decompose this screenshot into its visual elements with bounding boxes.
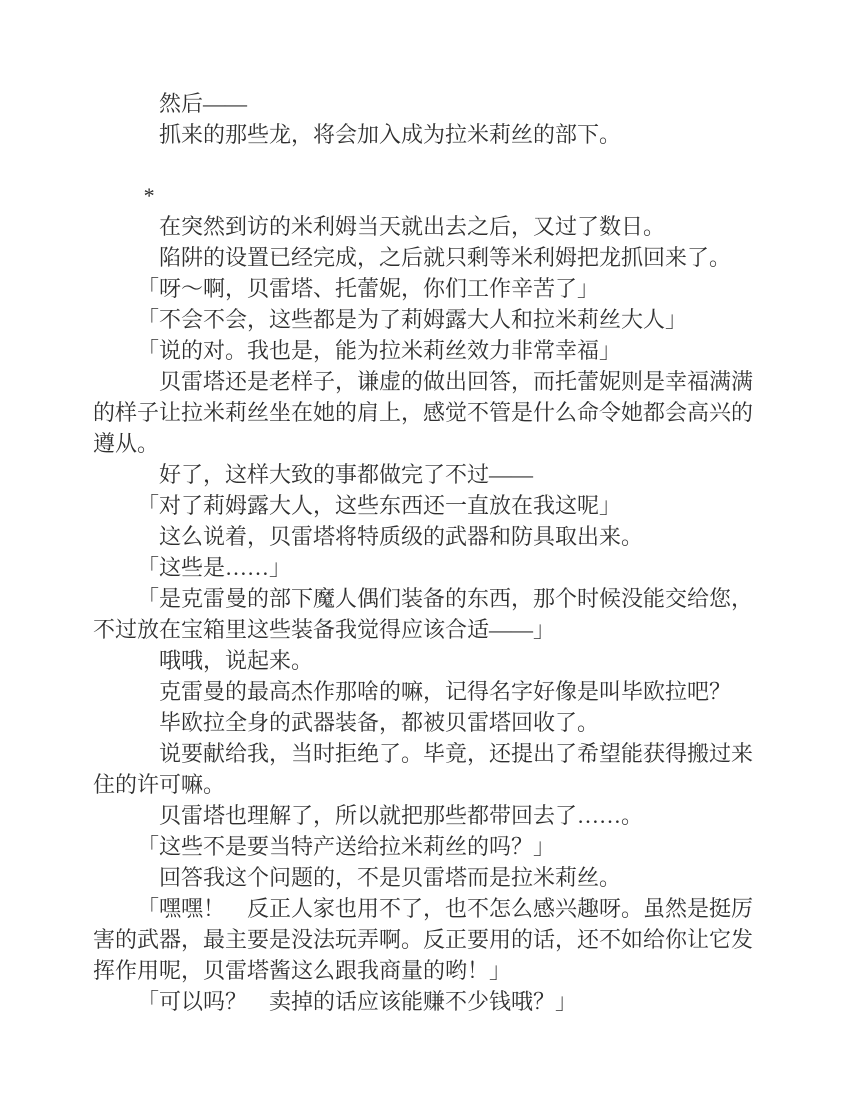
paragraph: 哦哦，说起来。 [93, 645, 755, 676]
paragraph: 好了，这样大致的事都做完了不过—— [93, 459, 755, 490]
dialogue-paragraph: 「嘿嘿！ 反正人家也用不了，也不怎么感兴趣呀。虽然是挺厉害的武器，最主要是没法玩… [93, 893, 755, 986]
dialogue-paragraph: 「是克雷曼的部下魔人偶们装备的东西，那个时候没能交给您，不过放在宝箱里这些装备我… [93, 583, 755, 645]
dialogue-paragraph: 「不会不会，这些都是为了莉姆露大人和拉米莉丝大人」 [93, 304, 755, 335]
dialogue-paragraph: 「说的对。我也是，能为拉米莉丝效力非常幸福」 [93, 335, 755, 366]
paragraph: 贝雷塔还是老样子，谦虚的做出回答，而托蕾妮则是幸福满满的样子让拉米莉丝坐在她的肩… [93, 366, 755, 459]
section-separator: * [93, 180, 755, 211]
novel-page: 然后—— 抓来的那些龙，将会加入成为拉米莉丝的部下。 * 在突然到访的米利姆当天… [0, 0, 850, 1100]
dialogue-paragraph: 「可以吗？ 卖掉的话应该能赚不少钱哦？」 [93, 986, 755, 1017]
dialogue-paragraph: 「这些不是要当特产送给拉米莉丝的吗？」 [93, 831, 755, 862]
paragraph: 克雷曼的最高杰作那啥的嘛，记得名字好像是叫毕欧拉吧？ [93, 676, 755, 707]
dialogue-paragraph: 「这些是……」 [93, 552, 755, 583]
paragraph: 这么说着，贝雷塔将特质级的武器和防具取出来。 [93, 521, 755, 552]
dialogue-paragraph: 「呀～啊，贝雷塔、托蕾妮，你们工作辛苦了」 [93, 273, 755, 304]
paragraph: 陷阱的设置已经完成，之后就只剩等米利姆把龙抓回来了。 [93, 242, 755, 273]
paragraph: 说要献给我，当时拒绝了。毕竟，还提出了希望能获得搬过来住的许可嘛。 [93, 738, 755, 800]
dialogue-paragraph: 「对了莉姆露大人，这些东西还一直放在我这呢」 [93, 490, 755, 521]
paragraph: 在突然到访的米利姆当天就出去之后，又过了数日。 [93, 211, 755, 242]
paragraph: 回答我这个问题的，不是贝雷塔而是拉米莉丝。 [93, 862, 755, 893]
text-column: 然后—— 抓来的那些龙，将会加入成为拉米莉丝的部下。 * 在突然到访的米利姆当天… [93, 88, 755, 1017]
paragraph: 毕欧拉全身的武器装备，都被贝雷塔回收了。 [93, 707, 755, 738]
paragraph: 然后—— [93, 88, 755, 119]
paragraph: 抓来的那些龙，将会加入成为拉米莉丝的部下。 [93, 119, 755, 150]
paragraph: 贝雷塔也理解了，所以就把那些都带回去了……。 [93, 800, 755, 831]
